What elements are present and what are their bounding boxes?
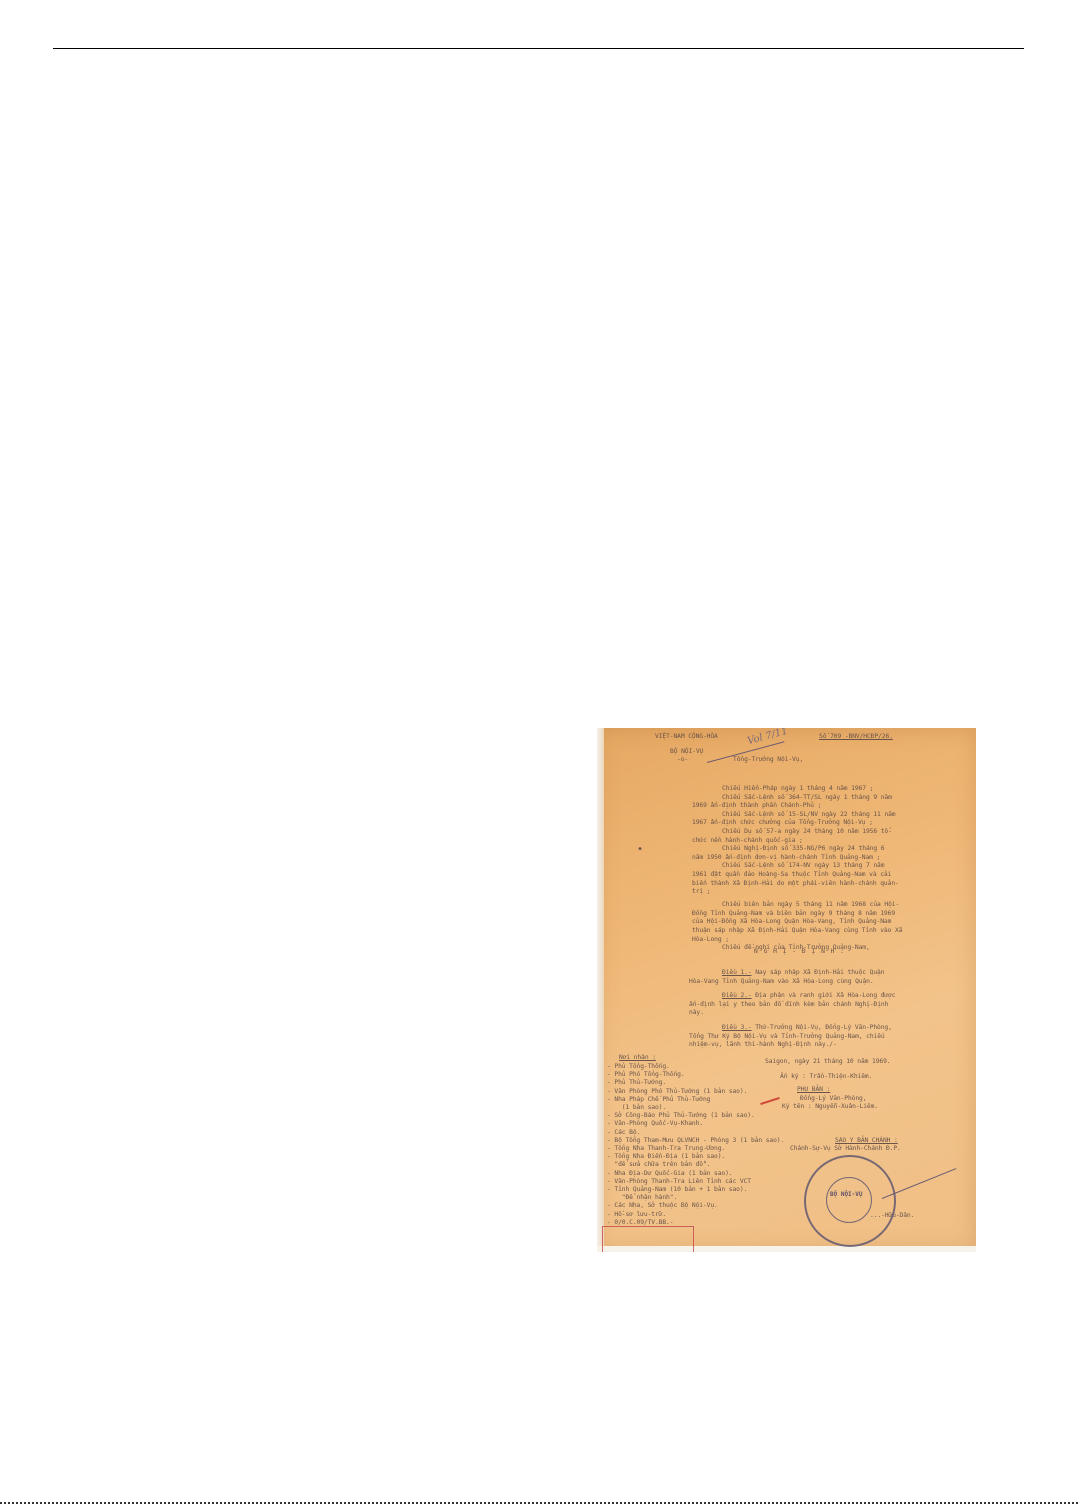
preamble-line: 1969 ấn-định thành phần Chánh-Phủ ; xyxy=(692,802,821,811)
place-date: Saigon, ngày 21 tháng 10 năm 1969. xyxy=(765,1058,891,1067)
signed-by: Ấn ký : Trần-Thiện-Khiêm. xyxy=(780,1073,872,1082)
preamble-line: Chiếu biên bản ngày 5 tháng 11 năm 1968 … xyxy=(722,901,899,910)
preamble-line: Chiếu Nghị-Định số 335-NG/P6 ngày 24 thá… xyxy=(722,845,884,854)
official-stamp: BỘ NỘI-VỤ xyxy=(804,1155,896,1247)
issuer: Tổng-Trưởng Nội-Vụ, xyxy=(733,756,803,765)
scanned-decree-image: VIỆT-NAM CỘNG-HÒA BỘ NỘI-VỤ -o- Số 709 -… xyxy=(597,728,976,1252)
document-number: Số 709 -BNV/HCĐP/26. xyxy=(819,733,893,742)
preamble-line: Chiếu Sắc-Lệnh số 174-NV ngày 13 tháng 7… xyxy=(722,862,884,871)
preamble-line: của Hội-Đồng Xã Hòa-Long Quận Hòa-Vang, … xyxy=(692,918,891,927)
article-line: Điều 1.- Nay sáp nhập Xã Định-Hải thuộc … xyxy=(722,969,884,978)
copy-label: PHỤ BẢN : xyxy=(797,1086,830,1095)
preamble-line: thuận sáp nhập Xã Định-Hải Quận Hòa-Vang… xyxy=(692,927,902,936)
preamble-line: 1961 đặt quần đảo Hoàng-Sa thuộc Tỉnh Qu… xyxy=(692,871,891,880)
preamble-line: Chiếu Sắc-Lệnh số 364-TT/SL ngày 1 tháng… xyxy=(722,794,892,803)
preamble-line: Hòa-Long ; xyxy=(692,936,729,945)
stamp-inner-ring xyxy=(826,1177,872,1223)
scan-left-edge xyxy=(597,728,604,1252)
article-line: Tổng Thư Ký Bộ Nội-Vụ và Tỉnh-Trưởng Quả… xyxy=(689,1033,885,1042)
preamble-line: biến thành Xã Định-Hải do một phái-viên … xyxy=(692,880,899,889)
preamble-line: Chiếu Dụ số 57-a ngày 24 tháng 10 năm 19… xyxy=(722,828,892,837)
stamp-text: BỘ NỘI-VỤ xyxy=(830,1191,863,1198)
header-left-line-3: -o- xyxy=(677,756,688,765)
handwritten-note: Vol 7/11 xyxy=(746,728,789,747)
header-left-line-1: VIỆT-NAM CỘNG-HÒA xyxy=(655,733,718,742)
preamble-line: trị ; xyxy=(692,888,710,897)
preamble-line: 1967 ấn-định chức chưởng của Tổng-Trưởng… xyxy=(692,819,873,828)
red-box-stamp xyxy=(602,1226,694,1252)
article-line: Hòa-Vang Tỉnh Quảng-Nam vào Xã Hòa-Long … xyxy=(689,978,874,987)
article-line: nhiệm-vụ, lãnh thi-hành Nghị-Định này./- xyxy=(689,1041,837,1050)
preamble-line: chức nền hành-chánh quốc-gia ; xyxy=(692,837,803,846)
article-line: ấn-định lại y theo bản đồ đính kèm bản c… xyxy=(689,1001,888,1010)
margin-dot: • xyxy=(637,846,643,855)
article-line: Điều 3.- Thứ-Trưởng Nội-Vụ, Đổng-Lý Văn-… xyxy=(722,1024,892,1033)
article-line: này. xyxy=(689,1009,704,1018)
red-pen-mark xyxy=(760,1097,780,1105)
preamble-line: Chiếu Hiến-Pháp ngày 1 tháng 4 năm 1967 … xyxy=(722,785,873,794)
header-rule xyxy=(53,48,1024,49)
decree-title: N G H Ị - Đ Ị N H : xyxy=(754,948,845,957)
certified-by: Chánh-Sự-Vụ Sở Hành-Chánh Đ.P. xyxy=(790,1145,901,1154)
recipients-label: Nơi nhận : xyxy=(619,1054,656,1063)
article-line: Điều 2.- Địa phận và ranh giới Xã Hòa-Lo… xyxy=(722,992,895,1001)
copy-signer-name: Ký tên : Nguyễn-Xuân-Liêm. xyxy=(782,1103,878,1112)
